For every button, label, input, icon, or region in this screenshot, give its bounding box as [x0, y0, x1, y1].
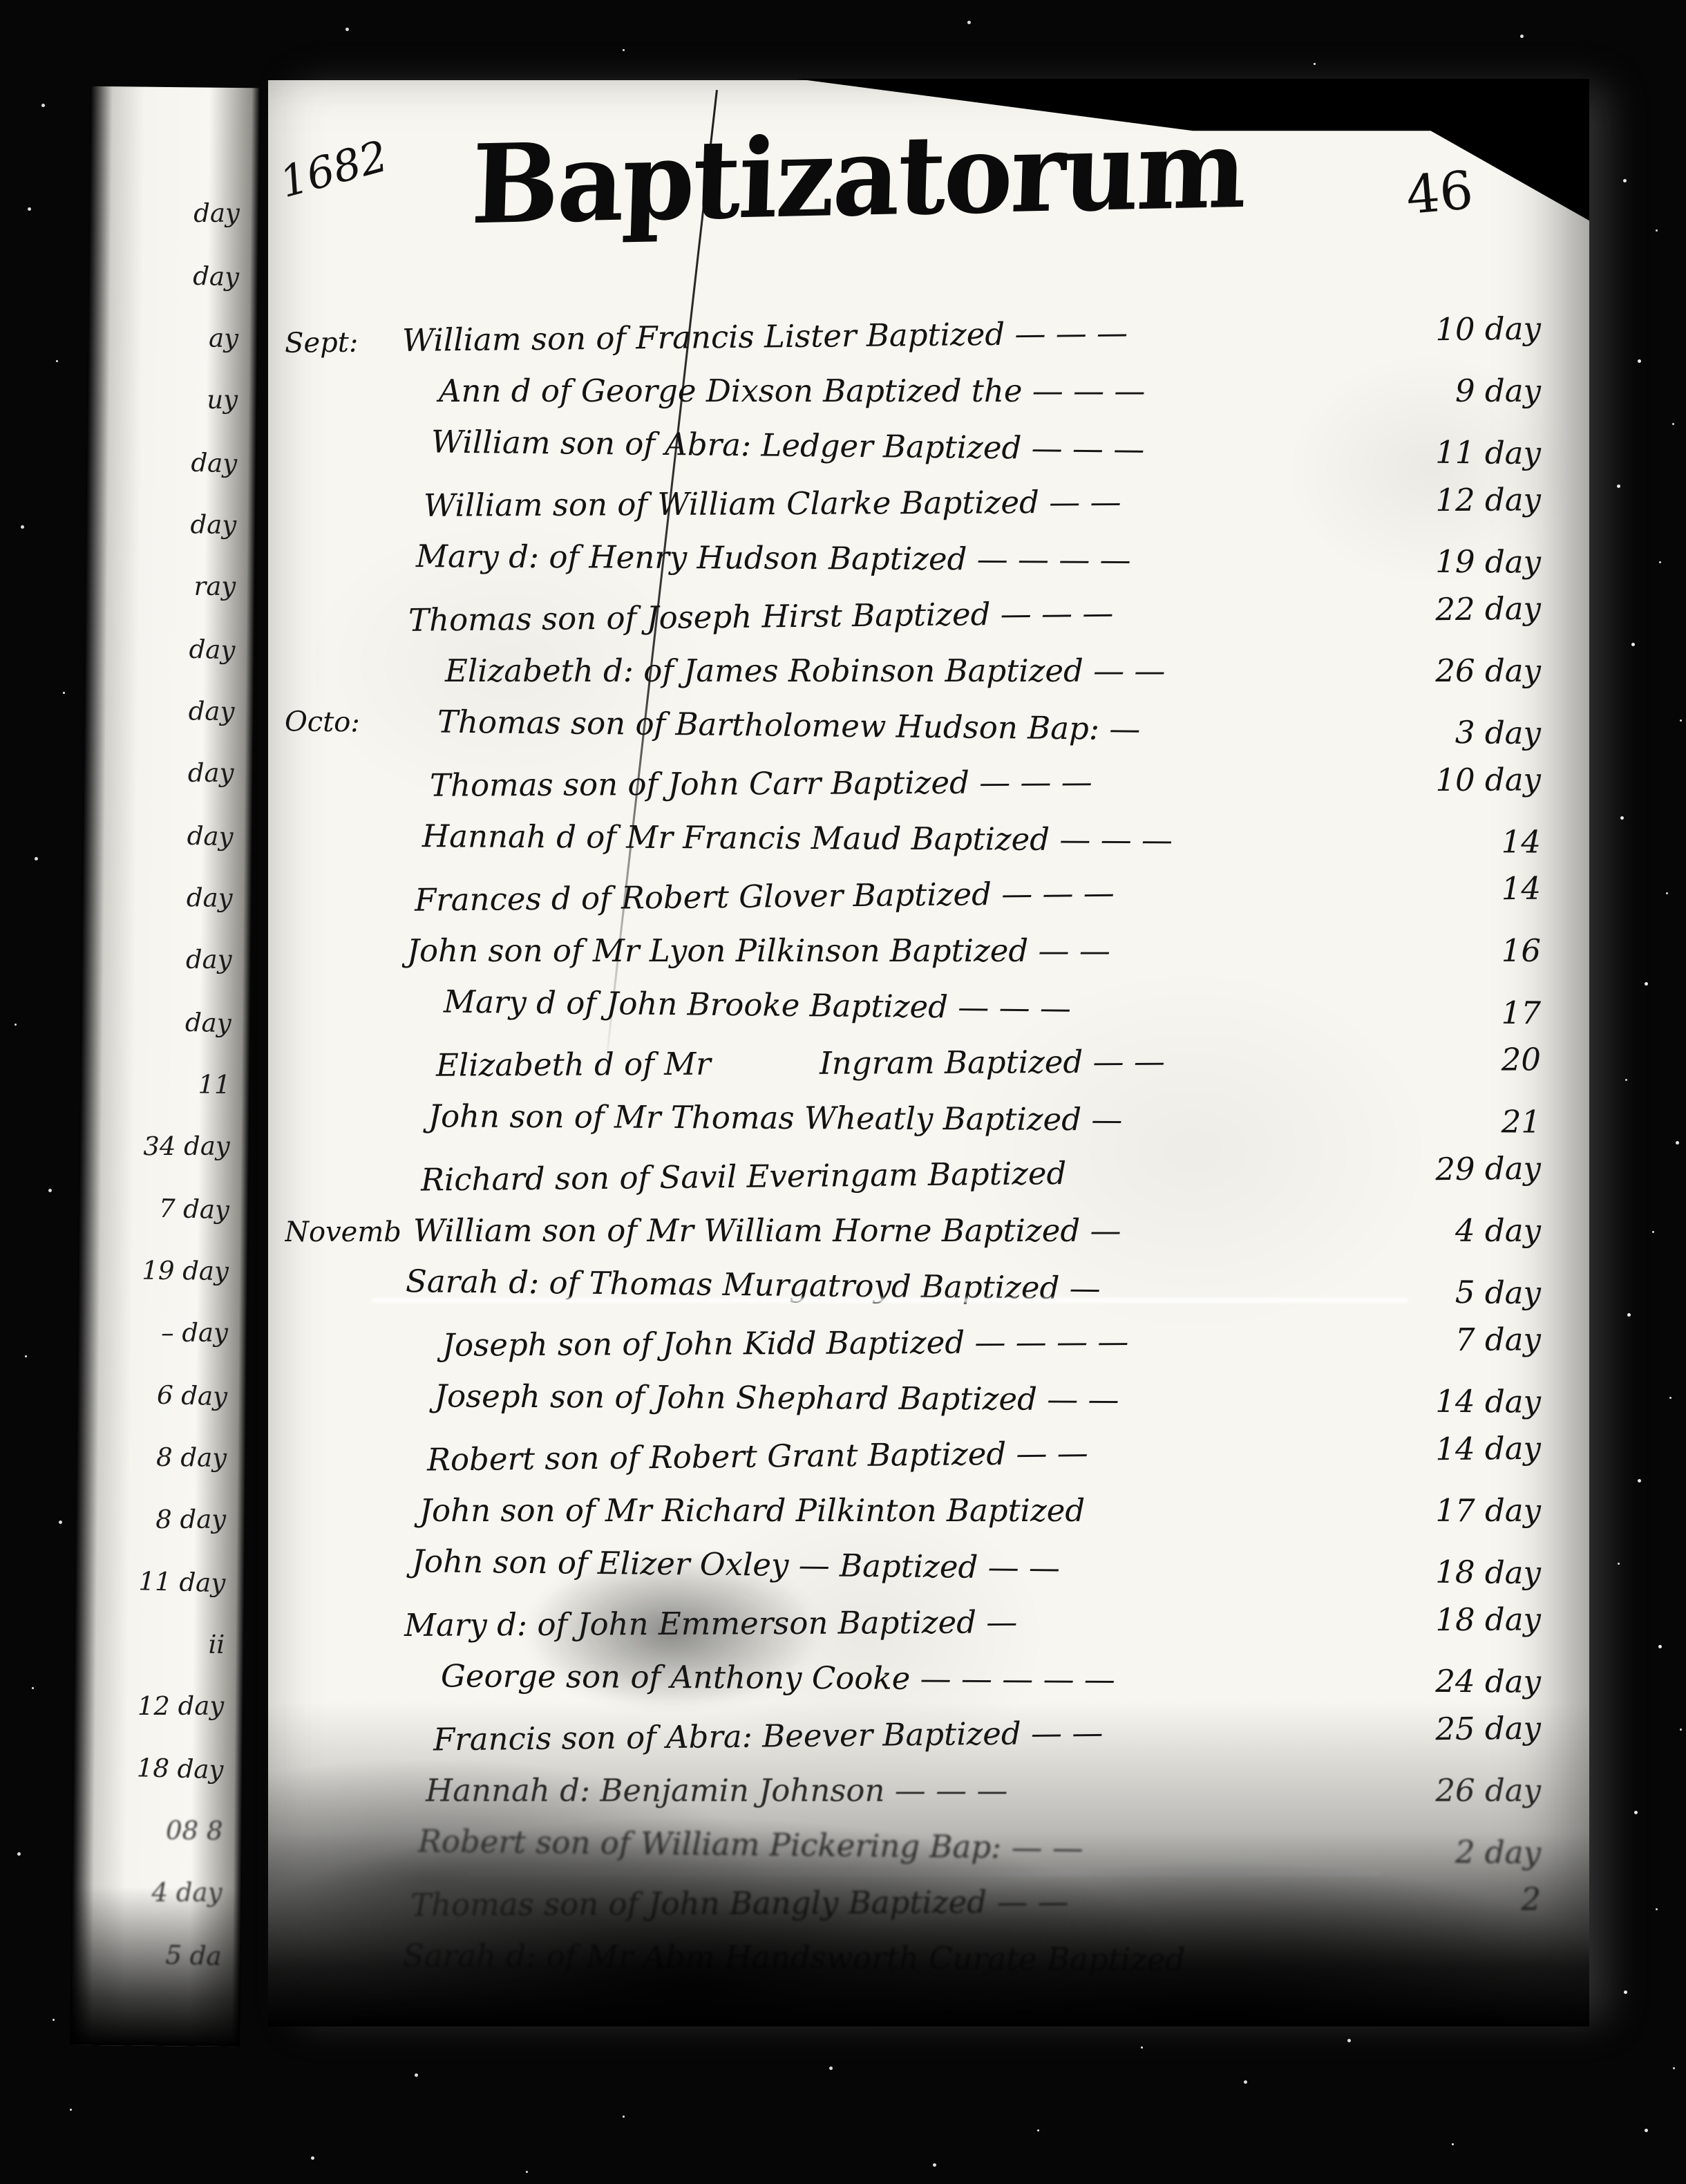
margin-strip-fragment: day: [86, 493, 256, 557]
margin-strip-fragment: 5 da: [70, 1922, 241, 1988]
scanned-register-page: daydayayuydaydayraydaydaydaydaydaydayday…: [0, 0, 1686, 2184]
margin-strip-fragment: day: [89, 182, 259, 245]
entry-text: Sarah d: of Thomas Murgatroyd Baptized —: [402, 1253, 1338, 1319]
entry-text: Mary d: of Henry Hudson Baptized — — — —: [402, 528, 1337, 589]
entry-day: 7 day: [1337, 1311, 1570, 1368]
margin-strip-fragment: day: [86, 429, 257, 496]
register-entry: Novemb: William son of Mr William Horne …: [285, 1203, 1570, 1259]
entry-day: 18 day: [1337, 1591, 1570, 1648]
register-entry: George son of Anthony Cooke — — — — — 24…: [285, 1647, 1570, 1710]
entry-month-label: [285, 1406, 402, 1406]
margin-strip-fragment: day: [81, 929, 251, 992]
register-entry: John son of Elizer Oxley — Baptized — — …: [285, 1532, 1571, 1601]
entry-text: Hannah d of Mr Francis Maud Baptized — —…: [402, 808, 1337, 869]
margin-strip-fragment: day: [82, 802, 253, 869]
entry-day: 20: [1337, 1031, 1570, 1089]
register-entry: Mary d: of Henry Hudson Baptized — — — —…: [285, 527, 1570, 590]
entry-text: John son of Mr Thomas Wheatly Baptized —: [402, 1088, 1337, 1149]
entry-text: Robert son of Robert Grant Baptized — —: [402, 1422, 1338, 1488]
entry-day: 9 day: [1337, 363, 1570, 419]
register-entry: Sept: William son of Francis Lister Bapt…: [285, 300, 1571, 369]
margin-strip-fragment: ay: [88, 306, 258, 370]
entry-text: Thomas son of Bartholomew Hudson Bap: —: [402, 693, 1338, 759]
entry-day: 10 day: [1337, 751, 1570, 809]
margin-strip-fragment: 34 day: [79, 1115, 249, 1178]
margin-strip: daydayayuydaydayraydaydaydaydaydaydayday…: [70, 86, 261, 2046]
entry-month-label: [285, 1570, 402, 1572]
register-entry: William son of Abra: Ledger Baptized — —…: [285, 412, 1571, 481]
entry-text: Thomas son of Joseph Hirst Baptized — — …: [402, 583, 1338, 648]
ink-blot: [524, 1552, 821, 1711]
entry-day: 10 day: [1337, 300, 1571, 359]
margin-strip-fragment: 08 8: [72, 1799, 243, 1863]
entry-month-label: [285, 631, 402, 632]
entry-text: Joseph son of John Shephard Baptized — —: [402, 1368, 1337, 1429]
register-entry: Thomas son of Joseph Hirst Baptized — — …: [285, 580, 1571, 649]
margin-strip-fragment: 4 day: [71, 1862, 241, 1925]
page-title: Baptizatorum: [470, 105, 1247, 249]
entry-text: John son of Mr Richard Pilkinton Baptize…: [402, 1482, 1337, 1538]
entry-text: John son of Mr Lyon Pilkinson Baptized —…: [402, 923, 1337, 979]
entry-month-label: [285, 1356, 402, 1357]
entry-text: Thomas son of John Carr Baptized — — —: [402, 753, 1337, 813]
register-entry: Sarah d: of Thomas Murgatroyd Baptized —…: [285, 1252, 1571, 1321]
scan-streak: [372, 1298, 1408, 1303]
entry-text: Richard son of Savil Everingam Baptized: [402, 1142, 1338, 1208]
margin-strip-fragment: 11: [79, 1053, 250, 1117]
entry-month-label: [285, 1126, 402, 1127]
entry-month-label: Octo:: [285, 694, 403, 751]
margin-strip-fragment: day: [83, 742, 253, 805]
entry-month-label: [285, 796, 402, 797]
entry-month-label: [285, 516, 402, 517]
margin-strip-fragment: – day: [77, 1302, 247, 1365]
register-entry: Robert son of Robert Grant Baptized — — …: [285, 1420, 1571, 1489]
entry-month-label: [285, 1471, 402, 1472]
register-entry: Mary d: of John Emmerson Baptized — 18 d…: [285, 1591, 1570, 1654]
entry-text: Ann d of George Dixson Baptized the — — …: [402, 363, 1337, 419]
entry-month-label: [285, 911, 402, 912]
margin-strip-fragment: ii: [74, 1612, 245, 1677]
entry-day: 29 day: [1337, 1140, 1571, 1198]
register-entry: Joseph son of John Shephard Baptized — —…: [285, 1367, 1570, 1430]
margin-strip-fragment: 8 day: [75, 1489, 245, 1552]
register-entry: William son of William Clarke Baptized —…: [285, 471, 1570, 534]
entry-month-label: [285, 1290, 402, 1292]
entry-day: 4 day: [1337, 1203, 1570, 1259]
entry-month-label: [285, 1636, 402, 1637]
entry-month-label: [285, 451, 402, 452]
entry-month-label: [285, 1076, 402, 1077]
register-entry: Joseph son of John Kidd Baptized — — — —…: [285, 1311, 1570, 1374]
entry-text: William son of Abra: Ledger Baptized — —…: [402, 413, 1338, 479]
page-number: 46: [1404, 159, 1476, 226]
bottom-smudge: [268, 1702, 1589, 2026]
margin-strip-fragment: 7 day: [78, 1176, 249, 1242]
register-page: 1682 Baptizatorum 46 Sept: William son o…: [268, 80, 1589, 2026]
entry-day: 14 day: [1337, 1420, 1571, 1478]
margin-strip-fragment: day: [84, 616, 255, 682]
entry-day: 14: [1337, 860, 1571, 919]
scan-noise-specks: [0, 0, 2, 2]
entry-text: Mary d of John Brooke Baptized — — —: [402, 973, 1338, 1039]
entry-text: William son of William Clarke Baptized —…: [402, 473, 1337, 534]
entry-day: 17 day: [1337, 1482, 1570, 1538]
margin-strip-fragment: day: [82, 866, 252, 930]
entry-text: William son of Francis Lister Baptized —…: [402, 303, 1338, 368]
register-entry: Ann d of George Dixson Baptized the — — …: [285, 363, 1570, 419]
margin-strip-fragment: 11 day: [74, 1549, 245, 1615]
margin-strip-fragment: 12 day: [73, 1675, 243, 1738]
entry-day: 22 day: [1337, 580, 1571, 639]
register-entry: John son of Mr Thomas Wheatly Baptized —…: [285, 1087, 1570, 1150]
margin-strip-fragment: 19 day: [77, 1239, 248, 1303]
entry-month-label: [285, 846, 402, 847]
entry-text: Elizabeth d: of James Robinson Baptized …: [402, 643, 1337, 699]
entry-month-label: [285, 1010, 402, 1012]
margin-strip-fragment: day: [84, 679, 254, 744]
page-year: 1682: [274, 131, 392, 207]
entry-month-label: [285, 566, 402, 567]
register-entry: Elizabeth d: of James Robinson Baptized …: [285, 643, 1570, 699]
register-entry: Frances d of Robert Glover Baptized — — …: [285, 860, 1571, 929]
margin-strip-fragment: uy: [87, 369, 257, 432]
entry-text: Elizabeth d of Mr Ingram Baptized — —: [402, 1033, 1337, 1093]
entry-day: 12 day: [1337, 471, 1570, 529]
margin-strip-fragment: day: [80, 989, 252, 1055]
register-entry: John son of Mr Lyon Pilkinson Baptized —…: [285, 923, 1570, 979]
margin-strip-fragment: 18 day: [72, 1735, 243, 1802]
entry-text: Frances d of Robert Glover Baptized — — …: [402, 863, 1338, 928]
register-entry: John son of Mr Richard Pilkinton Baptize…: [285, 1482, 1570, 1538]
register-entry: Richard son of Savil Everingam Baptized …: [285, 1140, 1571, 1209]
margin-strip-fragment: 6 day: [76, 1362, 247, 1429]
entry-month-label: [285, 1191, 402, 1192]
register-entry: Elizabeth d of Mr Ingram Baptized — — 20: [285, 1031, 1570, 1094]
register-entry: Mary d of John Brooke Baptized — — — 17: [285, 972, 1571, 1041]
entry-text: Joseph son of John Kidd Baptized — — — —: [402, 1312, 1337, 1373]
margin-strip-fragment: 8 day: [76, 1426, 247, 1490]
entry-day: 26 day: [1337, 643, 1570, 699]
margin-strip-fragment: ray: [85, 556, 255, 619]
register-entry: Octo: Thomas son of Bartholomew Hudson B…: [285, 692, 1571, 761]
register-entry: Hannah d of Mr Francis Maud Baptized — —…: [285, 807, 1570, 870]
margin-strip-fragment: day: [88, 243, 259, 309]
entry-day: 16: [1337, 923, 1570, 979]
margin-strip-inner: daydayayuydaydayraydaydaydaydaydaydayday…: [70, 86, 261, 1987]
entry-text: William son of Mr William Horne Baptized…: [402, 1203, 1337, 1259]
entry-month-label: [285, 1686, 402, 1686]
register-entry: Thomas son of John Carr Baptized — — — 1…: [285, 751, 1570, 814]
